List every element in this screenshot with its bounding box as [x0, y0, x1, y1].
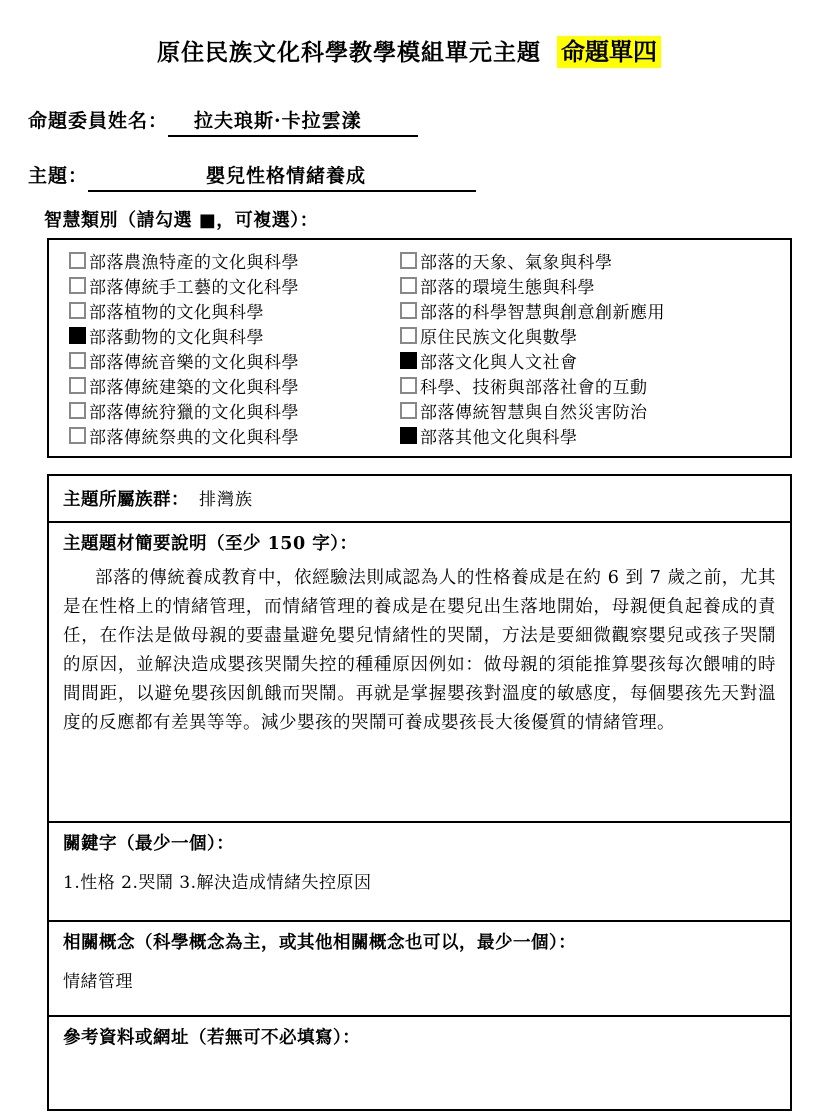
checkbox-unchecked-icon[interactable]: [69, 402, 86, 419]
table-row-reference: 參考資料或網址（若無可不必填寫）：: [49, 1015, 790, 1109]
checkbox-unchecked-icon[interactable]: [400, 402, 417, 419]
category-column-left: 部落農漁特產的文化與科學部落傳統手工藝的文化科學部落植物的文化與科學部落動物的文…: [69, 248, 400, 448]
category-item-label: 部落傳統手工藝的文化科學: [89, 273, 299, 298]
committee-name-field: 命題委員姓名：拉夫琅斯·卡拉雲漾: [28, 109, 818, 137]
checkbox-checked-icon[interactable]: [400, 352, 417, 369]
category-item-label: 部落動物的文化與科學: [89, 323, 264, 348]
category-item-label: 部落的環境生態與科學: [420, 273, 595, 298]
keywords-label: 關鍵字（最少一個）：: [63, 832, 776, 856]
committee-name-label: 命題委員姓名：: [28, 110, 168, 132]
category-item[interactable]: 部落傳統建築的文化與科學: [69, 373, 400, 398]
category-item[interactable]: 部落動物的文化與科學: [69, 323, 400, 348]
topic-label: 主題：: [28, 165, 88, 187]
form-table: 主題所屬族群：排灣族 主題題材簡要說明（至少 150 字）： 部落的傳統養成教育…: [47, 474, 792, 1111]
concepts-value: 情緒管理: [63, 967, 776, 992]
category-section-heading: 智慧類別（請勾選 ■，可複選）：: [44, 210, 818, 232]
ethnic-group-label: 主題所屬族群：: [63, 490, 189, 510]
category-item[interactable]: 部落農漁特產的文化與科學: [69, 248, 400, 273]
ethnic-group-value: 排灣族: [199, 490, 253, 510]
reference-label: 參考資料或網址（若無可不必填寫）：: [63, 1026, 776, 1050]
category-item-label: 部落的科學智慧與創意創新應用: [420, 298, 665, 323]
keywords-value: 1.性格 2.哭鬧 3.解決造成情緒失控原因: [63, 868, 776, 893]
concepts-label: 相關概念（科學概念為主，或其他相關概念也可以，最少一個）：: [63, 931, 776, 955]
table-row-keywords: 關鍵字（最少一個）： 1.性格 2.哭鬧 3.解決造成情緒失控原因: [49, 821, 790, 920]
category-item-label: 部落農漁特產的文化與科學: [89, 248, 299, 273]
category-item[interactable]: 部落文化與人文社會: [400, 348, 665, 373]
checkbox-unchecked-icon[interactable]: [69, 302, 86, 319]
checkbox-checked-icon[interactable]: [400, 427, 417, 444]
checkbox-unchecked-icon[interactable]: [400, 327, 417, 344]
page-title: 原住民族文化科學教學模組單元主題: [157, 39, 541, 66]
category-item[interactable]: 部落傳統音樂的文化與科學: [69, 348, 400, 373]
category-item-label: 部落文化與人文社會: [420, 348, 578, 373]
category-item[interactable]: 原住民族文化與數學: [400, 323, 665, 348]
table-row-concepts: 相關概念（科學概念為主，或其他相關概念也可以，最少一個）： 情緒管理: [49, 920, 790, 1015]
checkbox-unchecked-icon[interactable]: [69, 427, 86, 444]
title-highlight-badge: 命題單四: [557, 36, 661, 68]
checkbox-unchecked-icon[interactable]: [400, 302, 417, 319]
checkbox-unchecked-icon[interactable]: [400, 277, 417, 294]
document-title-row: 原住民族文化科學教學模組單元主題命題單四: [0, 0, 818, 67]
category-item-label: 部落植物的文化與科學: [89, 298, 264, 323]
checkbox-unchecked-icon[interactable]: [400, 252, 417, 269]
description-text: 部落的傳統養成教育中，依經驗法則咸認為人的性格養成是在約 6 到 7 歲之前，尤…: [63, 564, 776, 738]
category-item[interactable]: 部落的天象、氣象與科學: [400, 248, 665, 273]
checkbox-unchecked-icon[interactable]: [69, 277, 86, 294]
checkbox-unchecked-icon[interactable]: [69, 377, 86, 394]
table-row-ethnic-group: 主題所屬族群：排灣族: [49, 476, 790, 521]
category-item-label: 部落傳統智慧與自然災害防治: [420, 398, 648, 423]
table-row-description: 主題題材簡要說明（至少 150 字）： 部落的傳統養成教育中，依經驗法則咸認為人…: [49, 521, 790, 821]
topic-value: 嬰兒性格情緒養成: [88, 164, 476, 192]
category-item[interactable]: 部落的環境生態與科學: [400, 273, 665, 298]
document-page: 原住民族文化科學教學模組單元主題命題單四 命題委員姓名：拉夫琅斯·卡拉雲漾 主題…: [0, 0, 818, 1119]
category-item[interactable]: 部落植物的文化與科學: [69, 298, 400, 323]
category-item-label: 科學、技術與部落社會的互動: [420, 373, 648, 398]
category-item-label: 部落傳統音樂的文化與科學: [89, 348, 299, 373]
category-item[interactable]: 部落傳統祭典的文化與科學: [69, 423, 400, 448]
category-item[interactable]: 科學、技術與部落社會的互動: [400, 373, 665, 398]
category-column-right: 部落的天象、氣象與科學部落的環境生態與科學部落的科學智慧與創意創新應用原住民族文…: [400, 248, 665, 448]
description-label: 主題題材簡要說明（至少 150 字）：: [63, 532, 776, 556]
category-item-label: 部落的天象、氣象與科學: [420, 248, 613, 273]
topic-field: 主題：嬰兒性格情緒養成: [28, 164, 818, 192]
category-item[interactable]: 部落傳統手工藝的文化科學: [69, 273, 400, 298]
category-item[interactable]: 部落傳統智慧與自然災害防治: [400, 398, 665, 423]
checkbox-unchecked-icon[interactable]: [69, 352, 86, 369]
checkbox-unchecked-icon[interactable]: [400, 377, 417, 394]
category-item-label: 原住民族文化與數學: [420, 323, 578, 348]
category-item-label: 部落傳統狩獵的文化與科學: [89, 398, 299, 423]
checkbox-checked-icon[interactable]: [69, 327, 86, 344]
committee-name-value: 拉夫琅斯·卡拉雲漾: [168, 109, 418, 137]
category-item[interactable]: 部落傳統狩獵的文化與科學: [69, 398, 400, 423]
category-item-label: 部落其他文化與科學: [420, 423, 578, 448]
category-item[interactable]: 部落其他文化與科學: [400, 423, 665, 448]
checkbox-unchecked-icon[interactable]: [69, 252, 86, 269]
category-item-label: 部落傳統建築的文化與科學: [89, 373, 299, 398]
category-item-label: 部落傳統祭典的文化與科學: [89, 423, 299, 448]
category-item[interactable]: 部落的科學智慧與創意創新應用: [400, 298, 665, 323]
category-checkbox-box: 部落農漁特產的文化與科學部落傳統手工藝的文化科學部落植物的文化與科學部落動物的文…: [47, 238, 792, 458]
